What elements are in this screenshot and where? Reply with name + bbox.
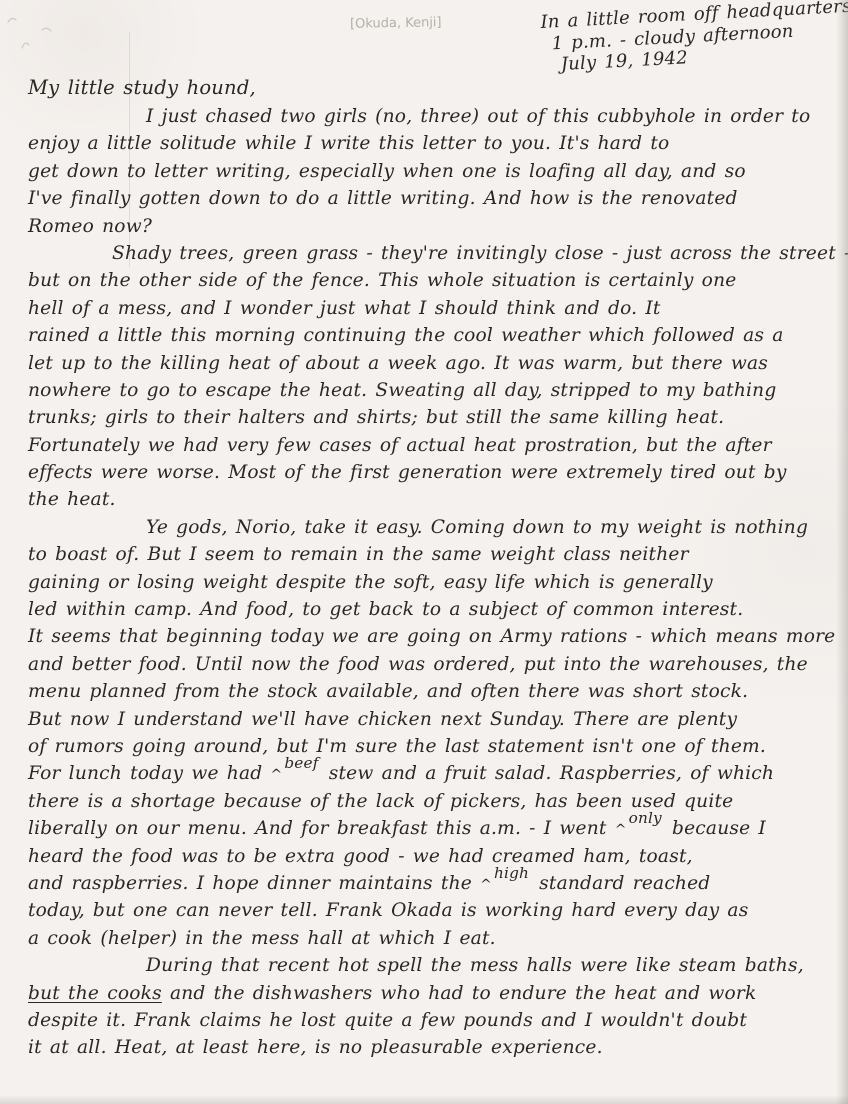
handwritten-line: During that recent hot spell the mess ha… (28, 952, 834, 979)
handwritten-line: the heat. (28, 486, 834, 513)
handwritten-line: there is a shortage because of the lack … (28, 788, 834, 815)
handwritten-line: trunks; girls to their halters and shirt… (28, 404, 834, 431)
handwritten-line: today, but one can never tell. Frank Oka… (28, 897, 834, 924)
letter-paragraph: I just chased two girls (no, three) out … (28, 103, 834, 240)
insertion-caret: ^ (615, 822, 627, 838)
handwritten-line: menu planned from the stock available, a… (28, 678, 834, 705)
corner-pencil-marks (2, 8, 72, 72)
inserted-word: only (629, 805, 662, 832)
letter-body: I just chased two girls (no, three) out … (28, 103, 834, 1062)
letter-paragraph: Ye gods, Norio, take it easy. Coming dow… (28, 514, 834, 952)
handwritten-line: Shady trees, green grass - they're invit… (28, 240, 834, 267)
handwritten-line: liberally on our menu. And for breakfast… (28, 815, 834, 842)
scan-edge-shadow-right (836, 0, 848, 1104)
inserted-word: high (494, 860, 529, 887)
handwritten-line: let up to the killing heat of about a we… (28, 350, 834, 377)
letter-paragraph: Shady trees, green grass - they're invit… (28, 240, 834, 514)
handwritten-line: but the cooks and the dishwashers who ha… (28, 980, 834, 1007)
handwritten-line: It seems that beginning today we are goi… (28, 623, 834, 650)
handwritten-line: led within camp. And food, to get back t… (28, 596, 834, 623)
handwritten-line: effects were worse. Most of the first ge… (28, 459, 834, 486)
handwritten-line: heard the food was to be extra good - we… (28, 843, 834, 870)
letter-paragraph: During that recent hot spell the mess ha… (28, 952, 834, 1062)
handwritten-line: it at all. Heat, at least here, is no pl… (28, 1034, 834, 1061)
archivist-pencil-annotation: [Okuda, Kenji] (350, 15, 442, 32)
handwritten-line: despite it. Frank claims he lost quite a… (28, 1007, 834, 1034)
handwritten-line: a cook (helper) in the mess hall at whic… (28, 925, 834, 952)
handwritten-line: to boast of. But I seem to remain in the… (28, 541, 834, 568)
handwritten-line: I've finally gotten down to do a little … (28, 185, 834, 212)
scanned-letter-page: [Okuda, Kenji] In a little room off head… (0, 0, 848, 1104)
salutation: My little study hound, (28, 76, 256, 99)
underlined-text: but the cooks (28, 983, 162, 1004)
handwritten-line: rained a little this morning continuing … (28, 322, 834, 349)
handwritten-line: of rumors going around, but I'm sure the… (28, 733, 834, 760)
handwritten-line: hell of a mess, and I wonder just what I… (28, 295, 834, 322)
insertion-caret: ^ (270, 767, 282, 783)
handwritten-line: and raspberries. I hope dinner maintains… (28, 870, 834, 897)
handwritten-line: nowhere to go to escape the heat. Sweati… (28, 377, 834, 404)
inserted-word: beef (284, 750, 318, 777)
handwritten-line: Romeo now? (28, 213, 834, 240)
letter-heading: In a little room off headquarters 1 p.m.… (540, 0, 848, 76)
handwritten-line: gaining or losing weight despite the sof… (28, 569, 834, 596)
handwritten-line: but on the other side of the fence. This… (28, 267, 834, 294)
handwritten-line: For lunch today we had ^beef stew and a … (28, 760, 834, 787)
handwritten-line: get down to letter writing, especially w… (28, 158, 834, 185)
handwritten-line: and better food. Until now the food was … (28, 651, 834, 678)
scan-edge-shadow-bottom (0, 1095, 848, 1104)
handwritten-line: Fortunately we had very few cases of act… (28, 432, 834, 459)
insertion-caret: ^ (480, 877, 492, 893)
handwritten-line: enjoy a little solitude while I write th… (28, 130, 834, 157)
handwritten-line: But now I understand we'll have chicken … (28, 706, 834, 733)
handwritten-line: Ye gods, Norio, take it easy. Coming dow… (28, 514, 834, 541)
handwritten-line: I just chased two girls (no, three) out … (28, 103, 834, 130)
